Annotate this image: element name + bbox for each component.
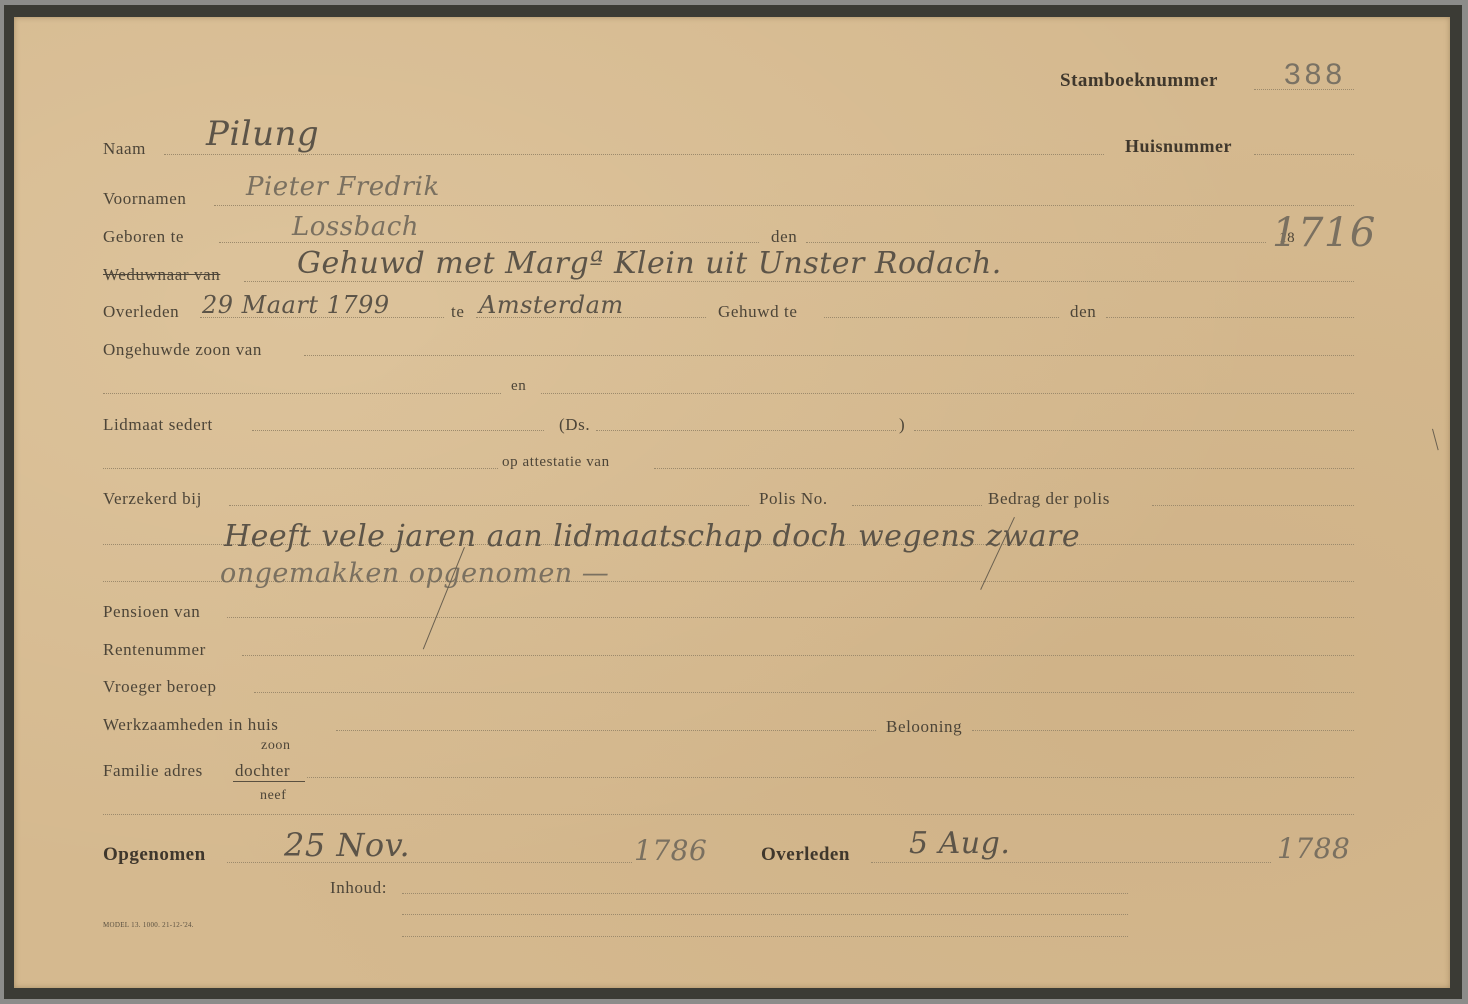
inhoud-line-3: [402, 936, 1128, 937]
overleden-bottom-year: 1788: [1277, 835, 1350, 863]
op-attestatie-van-label: op attestatie van: [502, 455, 610, 470]
rentenummer-line: [242, 655, 1354, 656]
ongehuwde-zoon-van-line: [304, 355, 1354, 356]
naam-line: [164, 154, 1104, 155]
inhoud-label: Inhoud:: [330, 879, 387, 896]
parent2-line: [541, 393, 1354, 394]
stamboeknummer-value: 388: [1284, 60, 1346, 90]
geboren-te-line: [219, 242, 759, 243]
overleden-value: 29 Maart 1799: [202, 293, 390, 317]
neef-option: neef: [260, 789, 287, 803]
lidmaat-extra-line: [914, 430, 1354, 431]
werkzaamheden-line: [336, 730, 876, 731]
overleden-label: Overleden: [103, 303, 179, 320]
attestatie-pre-line: [103, 468, 498, 469]
overleden-bottom-value: 5 Aug.: [909, 829, 1010, 859]
familie-adres-label: Familie adres: [103, 762, 203, 779]
model-text: MODEL 13. 1000. 21-12-'24.: [103, 922, 194, 929]
werkzaamheden-label: Werkzaamheden in huis: [103, 716, 279, 733]
ds-line: [596, 430, 896, 431]
geboren-den-label: den: [771, 228, 797, 245]
verzekerd-bij-line: [229, 505, 749, 506]
lidmaat-sedert-line: [252, 430, 544, 431]
gehuwd-te-line: [824, 317, 1059, 318]
belooning-line: [972, 730, 1354, 731]
archive-index-card: Stamboeknummer 388 Naam Pilung Huisnumme…: [14, 17, 1450, 988]
lidmaat-sedert-label: Lidmaat sedert: [103, 416, 213, 433]
parent1-line: [103, 393, 501, 394]
opgenomen-value: 25 Nov.: [284, 829, 410, 861]
ink-mark: [1432, 429, 1439, 451]
en-label: en: [511, 379, 526, 394]
overleden-te-value: Amsterdam: [479, 293, 624, 317]
inhoud-line-1: [402, 893, 1128, 894]
dochter-option: dochter: [235, 762, 290, 779]
huisnummer-label: Huisnummer: [1125, 137, 1232, 155]
familie-adres-line: [307, 777, 1354, 778]
huisnummer-line: [1254, 154, 1354, 155]
voornamen-line: [214, 205, 1354, 206]
pensioen-van-line: [227, 617, 1354, 618]
belooning-label: Belooning: [886, 718, 962, 735]
weduwnaar-van-line: [244, 281, 1354, 282]
geboren-year-value: 1716: [1272, 213, 1376, 253]
voornamen-value: Pieter Fredrik: [246, 174, 440, 200]
geboren-te-label: Geboren te: [103, 228, 184, 245]
ds-close-paren: ): [899, 416, 905, 433]
rentenummer-label: Rentenummer: [103, 641, 206, 658]
familie-extra-line: [103, 814, 1354, 815]
opgenomen-year: 1786: [634, 837, 707, 865]
pensioen-van-label: Pensioen van: [103, 603, 200, 620]
stamboeknummer-label: Stamboeknummer: [1060, 71, 1218, 90]
inhoud-line-2: [402, 914, 1128, 915]
zoon-option: zoon: [261, 739, 291, 753]
verzekerd-bij-label: Verzekerd bij: [103, 490, 202, 507]
geboren-te-value: Lossbach: [292, 214, 419, 240]
polis-no-label: Polis No.: [759, 490, 828, 507]
op-attestatie-van-line: [654, 468, 1354, 469]
naam-label: Naam: [103, 140, 146, 157]
overleden-bottom-line: [871, 862, 1271, 863]
polis-no-line: [852, 505, 982, 506]
gehuwd-den-line: [1106, 317, 1354, 318]
vroeger-beroep-label: Vroeger beroep: [103, 678, 217, 695]
naam-value: Pilung: [206, 117, 319, 151]
familie-fraction-line: [233, 781, 305, 782]
ds-label: (Ds.: [559, 416, 590, 433]
weduwnaar-van-label: Weduwnaar van: [103, 266, 220, 283]
bedrag-der-polis-line: [1152, 505, 1354, 506]
weduwnaar-van-value: Gehuwd met Margª Klein uit Unster Rodach…: [297, 249, 1002, 279]
voornamen-label: Voornamen: [103, 190, 186, 207]
opgenomen-label: Opgenomen: [103, 845, 206, 864]
geboren-den-line: [806, 242, 1266, 243]
vroeger-beroep-line: [254, 692, 1354, 693]
overleden-te-label: te: [451, 303, 464, 320]
overleden-bottom-label: Overleden: [761, 845, 850, 864]
remark-text-2: ongemakken opgenomen —: [220, 560, 609, 587]
gehuwd-te-label: Gehuwd te: [718, 303, 798, 320]
remark-text-1: Heeft vele jaren aan lidmaatschap doch w…: [224, 522, 1080, 552]
ongehuwde-zoon-van-label: Ongehuwde zoon van: [103, 341, 262, 358]
gehuwd-den-label: den: [1070, 303, 1096, 320]
bedrag-der-polis-label: Bedrag der polis: [988, 490, 1110, 507]
